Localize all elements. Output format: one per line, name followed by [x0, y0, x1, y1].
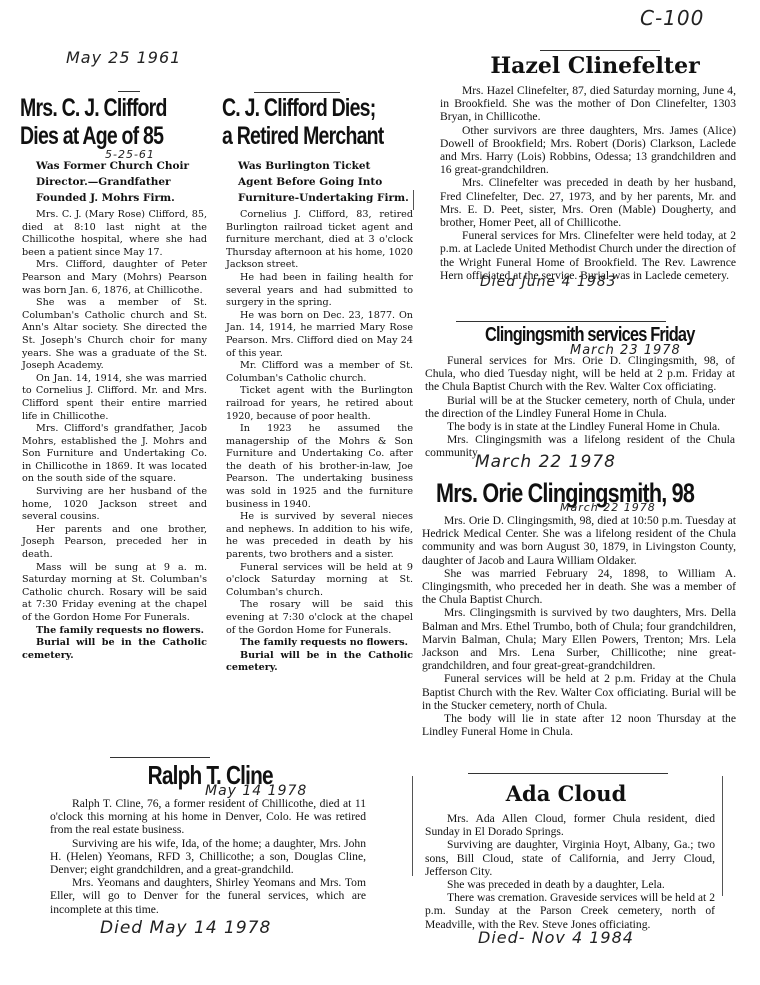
- obituary-clinefelter: Mrs. Hazel Clinefelter, 87, died Saturda…: [440, 84, 736, 282]
- obituary-cj-clifford: C. J. Clifford Dies; a Retired Merchant: [222, 94, 422, 150]
- obituary-clingingsmith-services: Funeral services for Mrs. Orie D. Clingi…: [425, 354, 735, 460]
- headline: a Retired Merchant: [222, 122, 425, 150]
- headline: Hazel Clinefelter: [440, 52, 750, 80]
- handwritten-date: March 22 1978: [475, 452, 616, 472]
- subheadline: Was Burlington Ticket Agent Before Going…: [238, 158, 428, 206]
- headline: Mrs. C. J. Clifford: [20, 94, 223, 122]
- headline: C. J. Clifford Dies;: [222, 94, 425, 122]
- page-label: C-100: [640, 6, 704, 30]
- handwritten-date: March 22 1978: [560, 501, 656, 514]
- handwritten-date: Died- Nov 4 1984: [478, 928, 634, 947]
- obituary-cloud: Mrs. Ada Allen Cloud, former Chula resid…: [425, 812, 715, 931]
- handwritten-date: Died June 4 1983: [480, 274, 617, 290]
- article-body: Cornelius J. Clifford, 83, retired Burli…: [226, 209, 413, 675]
- obituary-cline: Ralph T. Cline, 76, a former resident of…: [50, 797, 366, 916]
- headline: Dies at Age of 85: [20, 122, 223, 150]
- handwritten-date: Died May 14 1978: [100, 918, 271, 938]
- article-body: Mrs. C. J. (Mary Rose) Clifford, 85, die…: [22, 209, 207, 662]
- handwritten-date: May 25 1961: [66, 48, 181, 67]
- headline: Ada Cloud: [416, 780, 716, 808]
- obituary-mrs-clifford: Mrs. C. J. Clifford Dies at Age of 85: [20, 94, 220, 150]
- subheadline: Was Former Church Choir Director.—Grandf…: [36, 158, 226, 206]
- obituary-clingingsmith: Mrs. Orie D. Clingingsmith, 98, died at …: [422, 514, 736, 738]
